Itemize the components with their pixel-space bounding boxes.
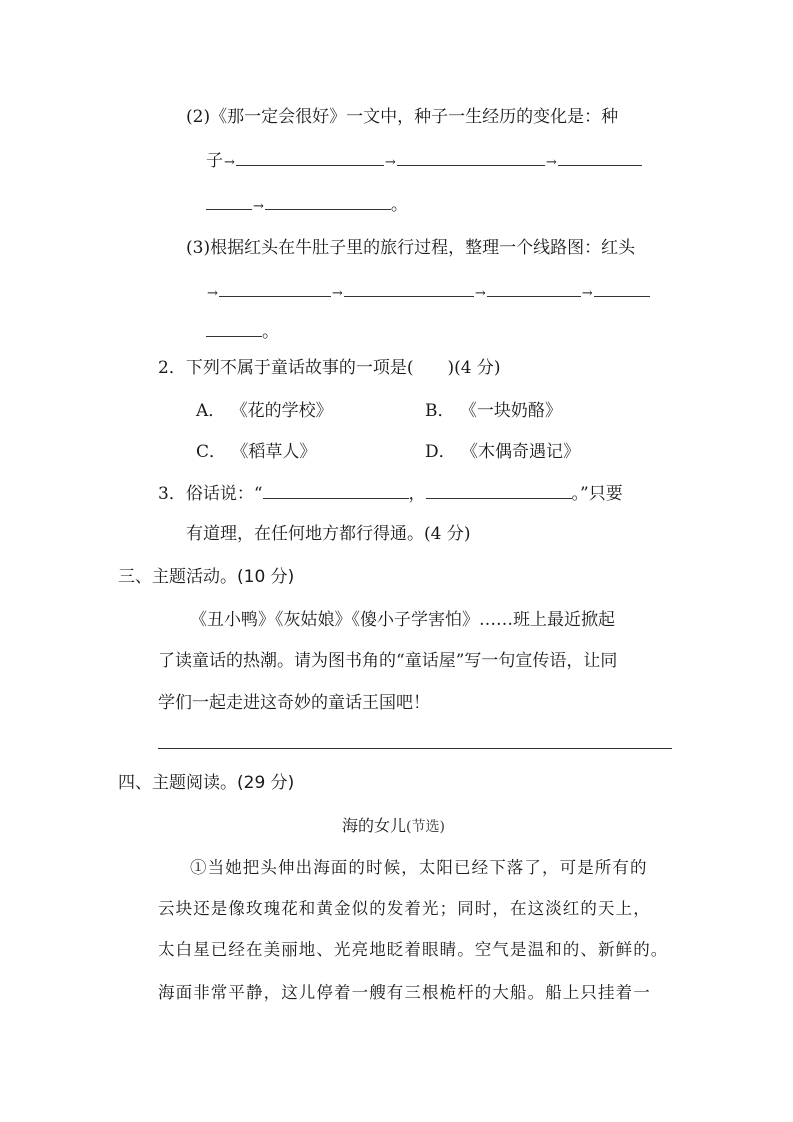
option-letter: B．	[425, 401, 455, 421]
passage-line2: 云块还是像玫瑰花和黄金似的发着光；同时，在这淡红的天上，	[158, 898, 651, 920]
option-text: 《稻草人》	[231, 442, 316, 462]
answer-blank[interactable]	[236, 149, 384, 166]
period: 。	[391, 195, 408, 215]
q1-sub3-line3: 。	[206, 320, 279, 343]
q2-option-c[interactable]: C． 《稻草人》	[196, 441, 316, 463]
option-letter: D．	[425, 442, 456, 462]
answer-blank[interactable]	[263, 482, 409, 499]
q1-sub2-line1: (2)《那一定会很好》一文中，种子一生经历的变化是：种	[186, 106, 618, 128]
q2-option-a[interactable]: A． 《花的学校》	[196, 400, 333, 422]
section3-para-line3: 学们一起走进这奇妙的童话王国吧！	[158, 692, 430, 714]
q1-sub2-line2: 子→→→	[206, 149, 642, 174]
period: 。	[262, 322, 279, 342]
answer-blank[interactable]	[206, 193, 252, 210]
q2-stem: 2．下列不属于童话故事的一项是( )(4 分)	[158, 357, 501, 379]
q1-sub3-line1: (3)根据红头在牛肚子里的旅行过程，整理一个线路图：红头	[186, 237, 635, 259]
option-text: 《木偶奇遇记》	[461, 442, 580, 462]
section3-para-line2: 了读童话的热潮。请为图书角的“童话屋”写一句宣传语，让同	[158, 650, 617, 672]
passage-line3: 太白星已经在美丽地、光亮地眨着眼睛。空气是温和的、新鲜的。	[158, 939, 668, 961]
arrow-icon: →	[332, 283, 343, 305]
answer-blank[interactable]	[265, 193, 391, 210]
q1-sub2-start: 子	[206, 151, 223, 171]
passage-title-text: 海的女儿	[342, 816, 406, 835]
passage-title: 海的女儿(节选)	[342, 815, 445, 838]
arrow-icon: →	[385, 152, 396, 174]
comma: ，	[409, 484, 426, 504]
passage-line4: 海面非常平静，这儿停着一艘有三根桅杆的大船。船上只挂着一	[158, 982, 651, 1004]
option-letter: A．	[196, 401, 225, 421]
answer-blank[interactable]	[558, 149, 642, 166]
answer-line[interactable]	[158, 748, 672, 749]
q3-suffix: 。”只要	[572, 484, 623, 504]
arrow-icon: →	[582, 283, 593, 305]
arrow-icon: →	[224, 152, 235, 174]
option-letter: C．	[196, 442, 226, 462]
option-text: 《一块奶酪》	[460, 401, 562, 421]
section3-para-line1: 《丑小鸭》《灰姑娘》《傻小子学害怕》……班上最近掀起	[190, 609, 615, 631]
answer-blank[interactable]	[397, 149, 545, 166]
q3-prefix: 3．俗话说：“	[158, 484, 263, 504]
answer-blank[interactable]	[594, 280, 650, 297]
passage-title-note: (节选)	[406, 819, 445, 835]
answer-blank[interactable]	[206, 320, 262, 337]
answer-blank[interactable]	[487, 280, 581, 297]
q1-sub3-line2: →→→→	[206, 280, 650, 305]
arrow-icon: →	[475, 283, 486, 305]
option-text: 《花的学校》	[231, 401, 333, 421]
q2-option-d[interactable]: D． 《木偶奇遇记》	[425, 441, 580, 463]
q3-line2: 有道理，在任何地方都行得通。(4 分)	[186, 523, 470, 545]
arrow-icon: →	[253, 196, 264, 218]
section3-heading: 三、主题活动。(10 分)	[118, 566, 294, 588]
passage-line1: ①当她把头伸出海面的时候，太阳已经下落了，可是所有的	[190, 857, 648, 879]
answer-blank[interactable]	[426, 482, 572, 499]
answer-blank[interactable]	[219, 280, 331, 297]
q3-line1: 3．俗话说：“，。”只要	[158, 482, 623, 505]
q1-sub2-line3: →。	[206, 193, 408, 218]
q2-option-b[interactable]: B． 《一块奶酪》	[425, 400, 562, 422]
section4-heading: 四、主题阅读。(29 分)	[118, 772, 294, 794]
arrow-icon: →	[546, 152, 557, 174]
arrow-icon: →	[207, 283, 218, 305]
answer-blank[interactable]	[344, 280, 474, 297]
